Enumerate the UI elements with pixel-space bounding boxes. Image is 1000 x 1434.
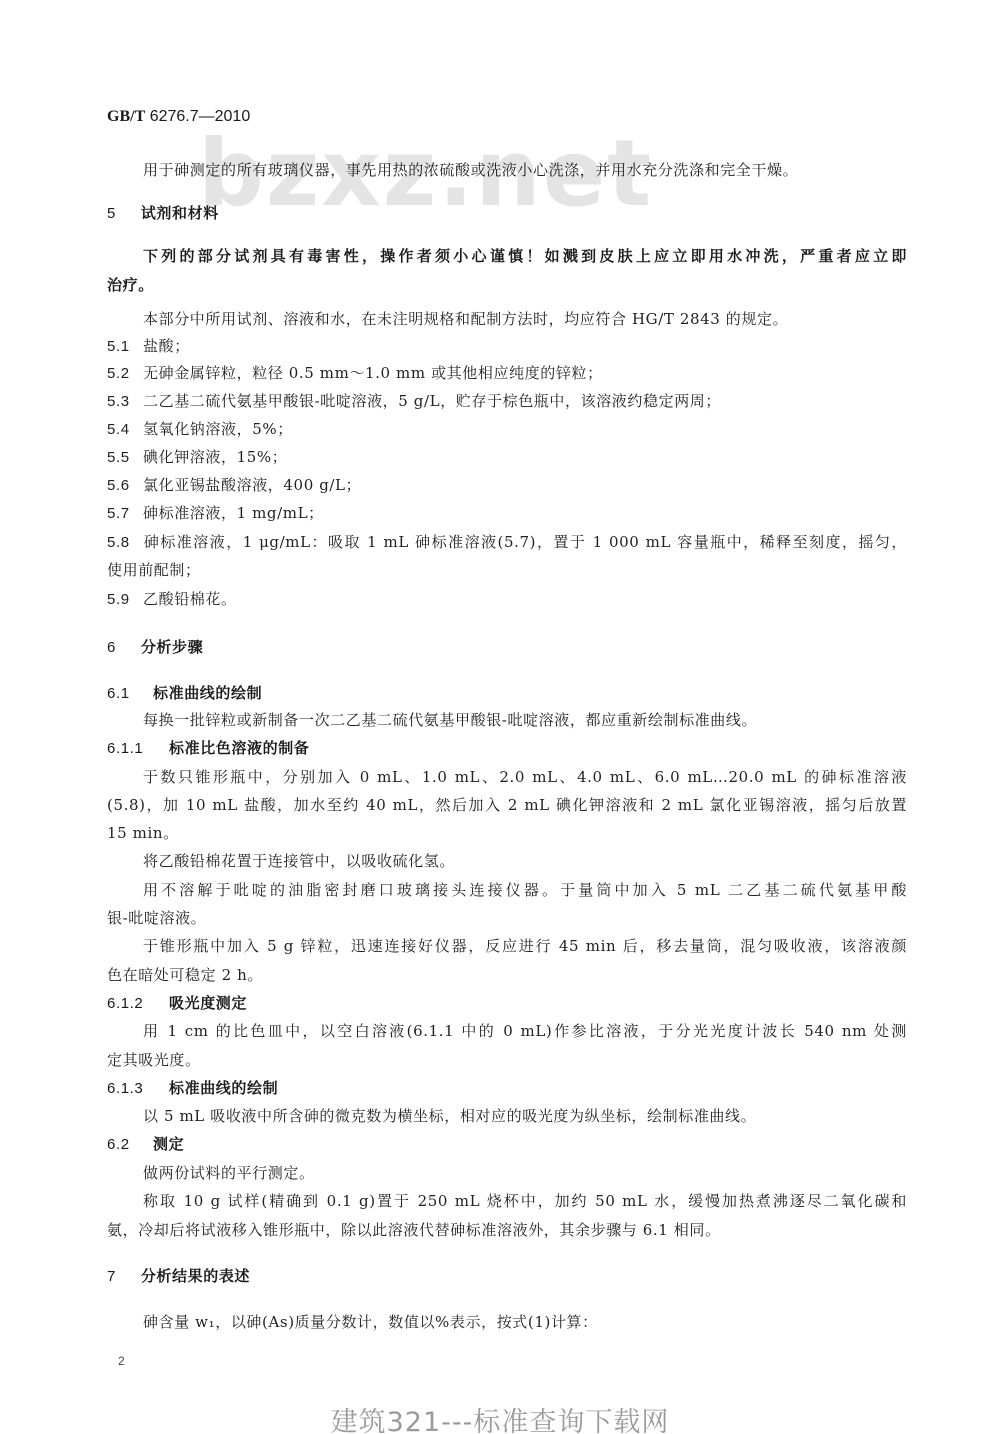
item-number: 5.8	[107, 533, 143, 553]
paragraph: 称取 10 g 试样(精确到 0.1 g)置于 250 mL 烧杯中，加约 50…	[143, 1191, 907, 1211]
subsection-title: 标准比色溶液的制备	[169, 739, 309, 757]
reagent-item: 5.3二乙基二硫代氨基甲酸银-吡啶溶液，5 g/L，贮存于棕色瓶中，该溶液约稳定…	[107, 391, 907, 412]
reagent-general-note: 本部分中所用试剂、溶液和水，在未注明规格和配制方法时，均应符合 HG/T 284…	[143, 309, 907, 329]
paragraph: 色在暗处可稳定 2 h。	[107, 965, 907, 985]
item-number: 5.9	[107, 590, 143, 610]
paragraph: 每换一批锌粒或新制备一次二乙基二硫代氨基甲酸银-吡啶溶液，都应重新绘制标准曲线。	[143, 710, 907, 730]
subsection-6-1-heading: 6.1标准曲线的绘制	[107, 683, 907, 704]
section-title: 试剂和材料	[141, 204, 219, 222]
section-number: 6	[107, 638, 135, 658]
item-number: 5.1	[107, 337, 143, 357]
item-number: 5.3	[107, 392, 143, 412]
subsection-title: 测定	[153, 1135, 184, 1153]
reagent-item-continuation: 使用前配制；	[107, 560, 907, 580]
reagent-item: 5.2无砷金属锌粒，粒径 0.5 mm～1.0 mm 或其他相应纯度的锌粒；	[107, 363, 907, 384]
paragraph: 氨，冷却后将试液移入锥形瓶中，除以此溶液代替砷标准溶液外，其余步骤与 6.1 相…	[107, 1220, 907, 1240]
item-text: 碘化钾溶液，15%；	[143, 448, 287, 466]
standard-header: GB/T 6276.7—2010	[107, 108, 250, 126]
item-text: 砷标准溶液，1 mg/mL；	[143, 504, 324, 522]
paragraph: (5.8)，加 10 mL 盐酸，加水至约 40 mL，然后加入 2 mL 碘化…	[107, 795, 907, 815]
watermark-site-name: 建筑321---标准查询下载网	[0, 1400, 1000, 1434]
safety-warning-line2: 治疗。	[107, 275, 907, 295]
subsection-title: 吸光度测定	[169, 994, 247, 1012]
subsection-title: 标准曲线的绘制	[169, 1079, 278, 1097]
item-text: 乙酸铅棉花。	[143, 590, 237, 608]
reagent-item: 5.5碘化钾溶液，15%；	[107, 447, 907, 468]
paragraph: 定其吸光度。	[107, 1050, 907, 1070]
item-text: 无砷金属锌粒，粒径 0.5 mm～1.0 mm 或其他相应纯度的锌粒；	[143, 364, 603, 382]
item-number: 5.5	[107, 448, 143, 468]
item-text: 二乙基二硫代氨基甲酸银-吡啶溶液，5 g/L，贮存于棕色瓶中，该溶液约稳定两周；	[143, 392, 721, 410]
subsection-6-1-3-heading: 6.1.3标准曲线的绘制	[107, 1078, 907, 1099]
paragraph: 于锥形瓶中加入 5 g 锌粒，迅速连接好仪器，反应进行 45 min 后，移去量…	[143, 936, 907, 956]
page-number: 2	[118, 1354, 125, 1368]
section-5-heading: 5 试剂和材料	[107, 203, 907, 224]
item-number: 5.7	[107, 504, 143, 524]
section-title: 分析步骤	[141, 638, 203, 656]
reagent-item: 5.1盐酸；	[107, 336, 907, 357]
subsection-title: 标准曲线的绘制	[153, 684, 262, 702]
standard-code: GB/T	[107, 108, 145, 125]
item-number: 5.2	[107, 364, 143, 384]
paragraph: 于数只锥形瓶中，分别加入 0 mL、1.0 mL、2.0 mL、4.0 mL、6…	[143, 767, 907, 787]
item-text: 氯化亚锡盐酸溶液，400 g/L；	[143, 476, 361, 494]
item-number: 5.6	[107, 476, 143, 496]
section-6-heading: 6 分析步骤	[107, 637, 907, 658]
item-number: 5.4	[107, 420, 143, 440]
reagent-item: 5.9乙酸铅棉花。	[107, 589, 907, 610]
paragraph: 银-吡啶溶液。	[107, 908, 907, 928]
subsection-number: 6.1.2	[107, 994, 169, 1014]
section-number: 7	[107, 1267, 135, 1287]
subsection-6-1-2-heading: 6.1.2吸光度测定	[107, 993, 907, 1014]
item-text: 氢氧化钠溶液，5%；	[143, 420, 293, 438]
reagent-item: 5.4氢氧化钠溶液，5%；	[107, 419, 907, 440]
section-7-heading: 7 分析结果的表述	[107, 1266, 907, 1287]
subsection-number: 6.1.1	[107, 739, 169, 759]
subsection-number: 6.2	[107, 1135, 153, 1155]
paragraph: 用不溶解于吡啶的油脂密封磨口玻璃接头连接仪器。于量筒中加入 5 mL 二乙基二硫…	[143, 880, 907, 900]
standard-number: 6276.7—2010	[150, 108, 251, 125]
reagent-item: 5.7砷标准溶液，1 mg/mL；	[107, 503, 907, 524]
paragraph: 以 5 mL 吸收液中所含砷的微克数为横坐标，相对应的吸光度为纵坐标，绘制标准曲…	[143, 1106, 907, 1126]
reagent-item: 5.8砷标准溶液，1 μg/mL：吸取 1 mL 砷标准溶液(5.7)，置于 1…	[107, 532, 907, 553]
section-title: 分析结果的表述	[141, 1267, 250, 1285]
subsection-number: 6.1.3	[107, 1079, 169, 1099]
subsection-6-2-heading: 6.2测定	[107, 1134, 907, 1155]
paragraph: 砷含量 w₁，以砷(As)质量分数计，数值以%表示，按式(1)计算：	[143, 1312, 907, 1332]
subsection-6-1-1-heading: 6.1.1标准比色溶液的制备	[107, 738, 907, 759]
item-text: 盐酸；	[143, 337, 190, 355]
paragraph: 做两份试料的平行测定。	[143, 1163, 907, 1183]
document-page: bzxz.net GB/T 6276.7—2010 用于砷测定的所有玻璃仪器，事…	[0, 0, 1000, 1434]
item-text: 砷标准溶液，1 μg/mL：吸取 1 mL 砷标准溶液(5.7)，置于 1 00…	[143, 533, 907, 551]
safety-warning-line1: 下列的部分试剂具有毒害性，操作者须小心谨慎！如溅到皮肤上应立即用水冲洗，严重者应…	[143, 246, 907, 266]
paragraph: 用 1 cm 的比色皿中，以空白溶液(6.1.1 中的 0 mL)作参比溶液，于…	[143, 1021, 907, 1041]
glassware-note: 用于砷测定的所有玻璃仪器，事先用热的浓硫酸或洗液小心洗涤，并用水充分洗涤和完全干…	[143, 160, 907, 180]
paragraph: 15 min。	[107, 823, 907, 843]
section-number: 5	[107, 204, 135, 224]
paragraph: 将乙酸铅棉花置于连接管中，以吸收硫化氢。	[143, 851, 907, 871]
reagent-item: 5.6氯化亚锡盐酸溶液，400 g/L；	[107, 475, 907, 496]
subsection-number: 6.1	[107, 684, 153, 704]
